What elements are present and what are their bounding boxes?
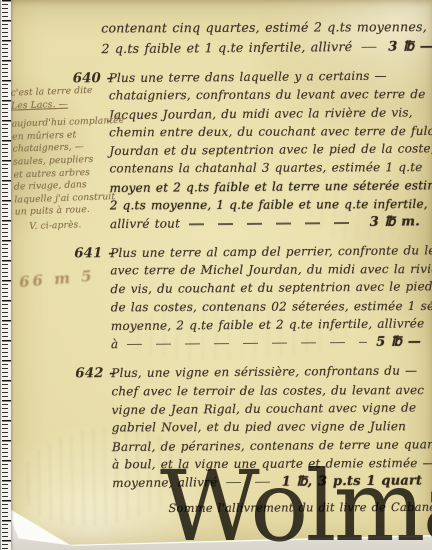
manuscript-line: moyenne, 2 q.te faible et 2 q.te inferti… — [111, 314, 421, 335]
manuscript-line: 2 q.ts moyenne, 1 q.te faible et une q.t… — [110, 194, 420, 215]
margin-note-line: Les Lacs. — — [11, 97, 103, 113]
line-text: 2 q.ts moyenne, 1 q.te faible et une q.t… — [110, 195, 432, 215]
line-text: chataigniers, confrontans du levant avec… — [109, 85, 426, 105]
line-text: Plus, une vigne en sérissière, confronta… — [111, 362, 417, 383]
dash-filler — [361, 47, 379, 48]
manuscript-line: de vis, du couchant et du septentrion av… — [110, 278, 420, 299]
line-text: moyenne, 2 q.te faible et 2 q.te inferti… — [111, 314, 425, 335]
manuscript-line: gabriel Novel, et du pied avec vigne de … — [112, 417, 422, 438]
manuscript-line: 2 q.ts faible et 1 q.te infertile, alliv… — [101, 37, 392, 61]
register-entry: 641 –Plus une terre al camp del perrier,… — [110, 241, 421, 354]
header-continuation: contenant cinq quartes, estimé 2 q.ts mo… — [101, 16, 418, 60]
line-text: à — [111, 335, 118, 353]
handwritten-text-area: contenant cinq quartes, estimé 2 q.ts mo… — [6, 0, 431, 520]
margin-annotation: c'est la terre diteLes Lacs. —aujourd'hu… — [10, 84, 107, 234]
line-text: contenant cinq quartes, estimé 2 q.ts mo… — [101, 17, 427, 38]
measuring-ruler — [0, 0, 11, 550]
manuscript-line: à5 ℔ — — [111, 333, 421, 355]
entry-number: 641 – — [74, 244, 115, 263]
manuscript-line: chemin entre deux, du couchant avec terr… — [109, 121, 419, 142]
manuscript-line: Plus une terre al camp del perrier, conf… — [110, 241, 420, 262]
line-text: avec terre de Michel Jourdan, du midi av… — [110, 260, 432, 280]
line-text: Plus une terre dans laquelle y a certain… — [109, 67, 387, 88]
manuscript-line: chataigniers, confrontans du levant avec… — [109, 85, 419, 106]
manuscript-line: moyen et 2 q.ts faible et la terre une s… — [110, 176, 420, 197]
line-text: contenans la chatanhal 3 quartes, estimé… — [109, 159, 422, 179]
manuscript-line: avec terre de Michel Jourdan, du midi av… — [110, 259, 420, 280]
manuscript-line: de las costes, contenans 02 séterées, es… — [111, 296, 421, 317]
line-amount: 3 ℔ m. — [370, 214, 420, 233]
manuscript-line: Plus, une vigne en sérissière, confronta… — [111, 362, 421, 383]
manuscript-line: contenant cinq quartes, estimé 2 q.ts mo… — [101, 17, 392, 40]
line-amount: 5 ℔ — — [376, 334, 421, 353]
line-text: de las costes, contenans 02 séterées, es… — [111, 296, 432, 316]
watermark-text: Wolmar — [160, 458, 432, 550]
line-text: chemin entre deux, du couchant avec terr… — [109, 122, 432, 142]
manuscript-line: vigne de Jean Rigal, du couchant avec vi… — [112, 398, 422, 419]
line-amount: 3 ℔ — — [388, 37, 432, 57]
line-text: de vis, du couchant et du septentrion av… — [110, 277, 432, 298]
line-text: vigne de Jean Rigal, du couchant avec vi… — [112, 398, 417, 419]
line-text: Jacques Jourdan, du midi avec la rivière… — [109, 103, 413, 124]
ruler-long-ticks — [2, 0, 11, 550]
manuscript-line: chef avec le terroir de las costes, du l… — [111, 380, 421, 401]
margin-note-line: un puits à roue. — [15, 204, 107, 220]
line-text: 2 q.ts faible et 1 q.te infertile, alliv… — [101, 37, 352, 59]
manuscript-scan: contenant cinq quartes, estimé 2 q.ts mo… — [0, 0, 432, 550]
dash-filler — [127, 342, 367, 345]
line-text: gabriel Novel, et du pied avec vigne de … — [112, 418, 406, 438]
dash-filler — [189, 222, 361, 225]
manuscript-line: contenans la chatanhal 3 quartes, estimé… — [109, 158, 419, 179]
line-text: moyen et 2 q.ts faible et la terre une s… — [110, 176, 432, 197]
line-text: Plus une terre al camp del perrier, conf… — [110, 241, 432, 262]
line-text: allivré tout — [110, 215, 180, 234]
manuscript-line: allivré tout3 ℔ m. — [110, 213, 420, 235]
register-entry: 640 –Plus une terre dans laquelle y a ce… — [109, 66, 420, 234]
manuscript-line: Jacques Jourdan, du midi avec la rivière… — [109, 103, 419, 124]
manuscript-line: Plus une terre dans laquelle y a certain… — [109, 66, 419, 87]
entry-number: 642 – — [75, 365, 116, 384]
line-text: chef avec le terroir de las costes, du l… — [111, 381, 424, 401]
